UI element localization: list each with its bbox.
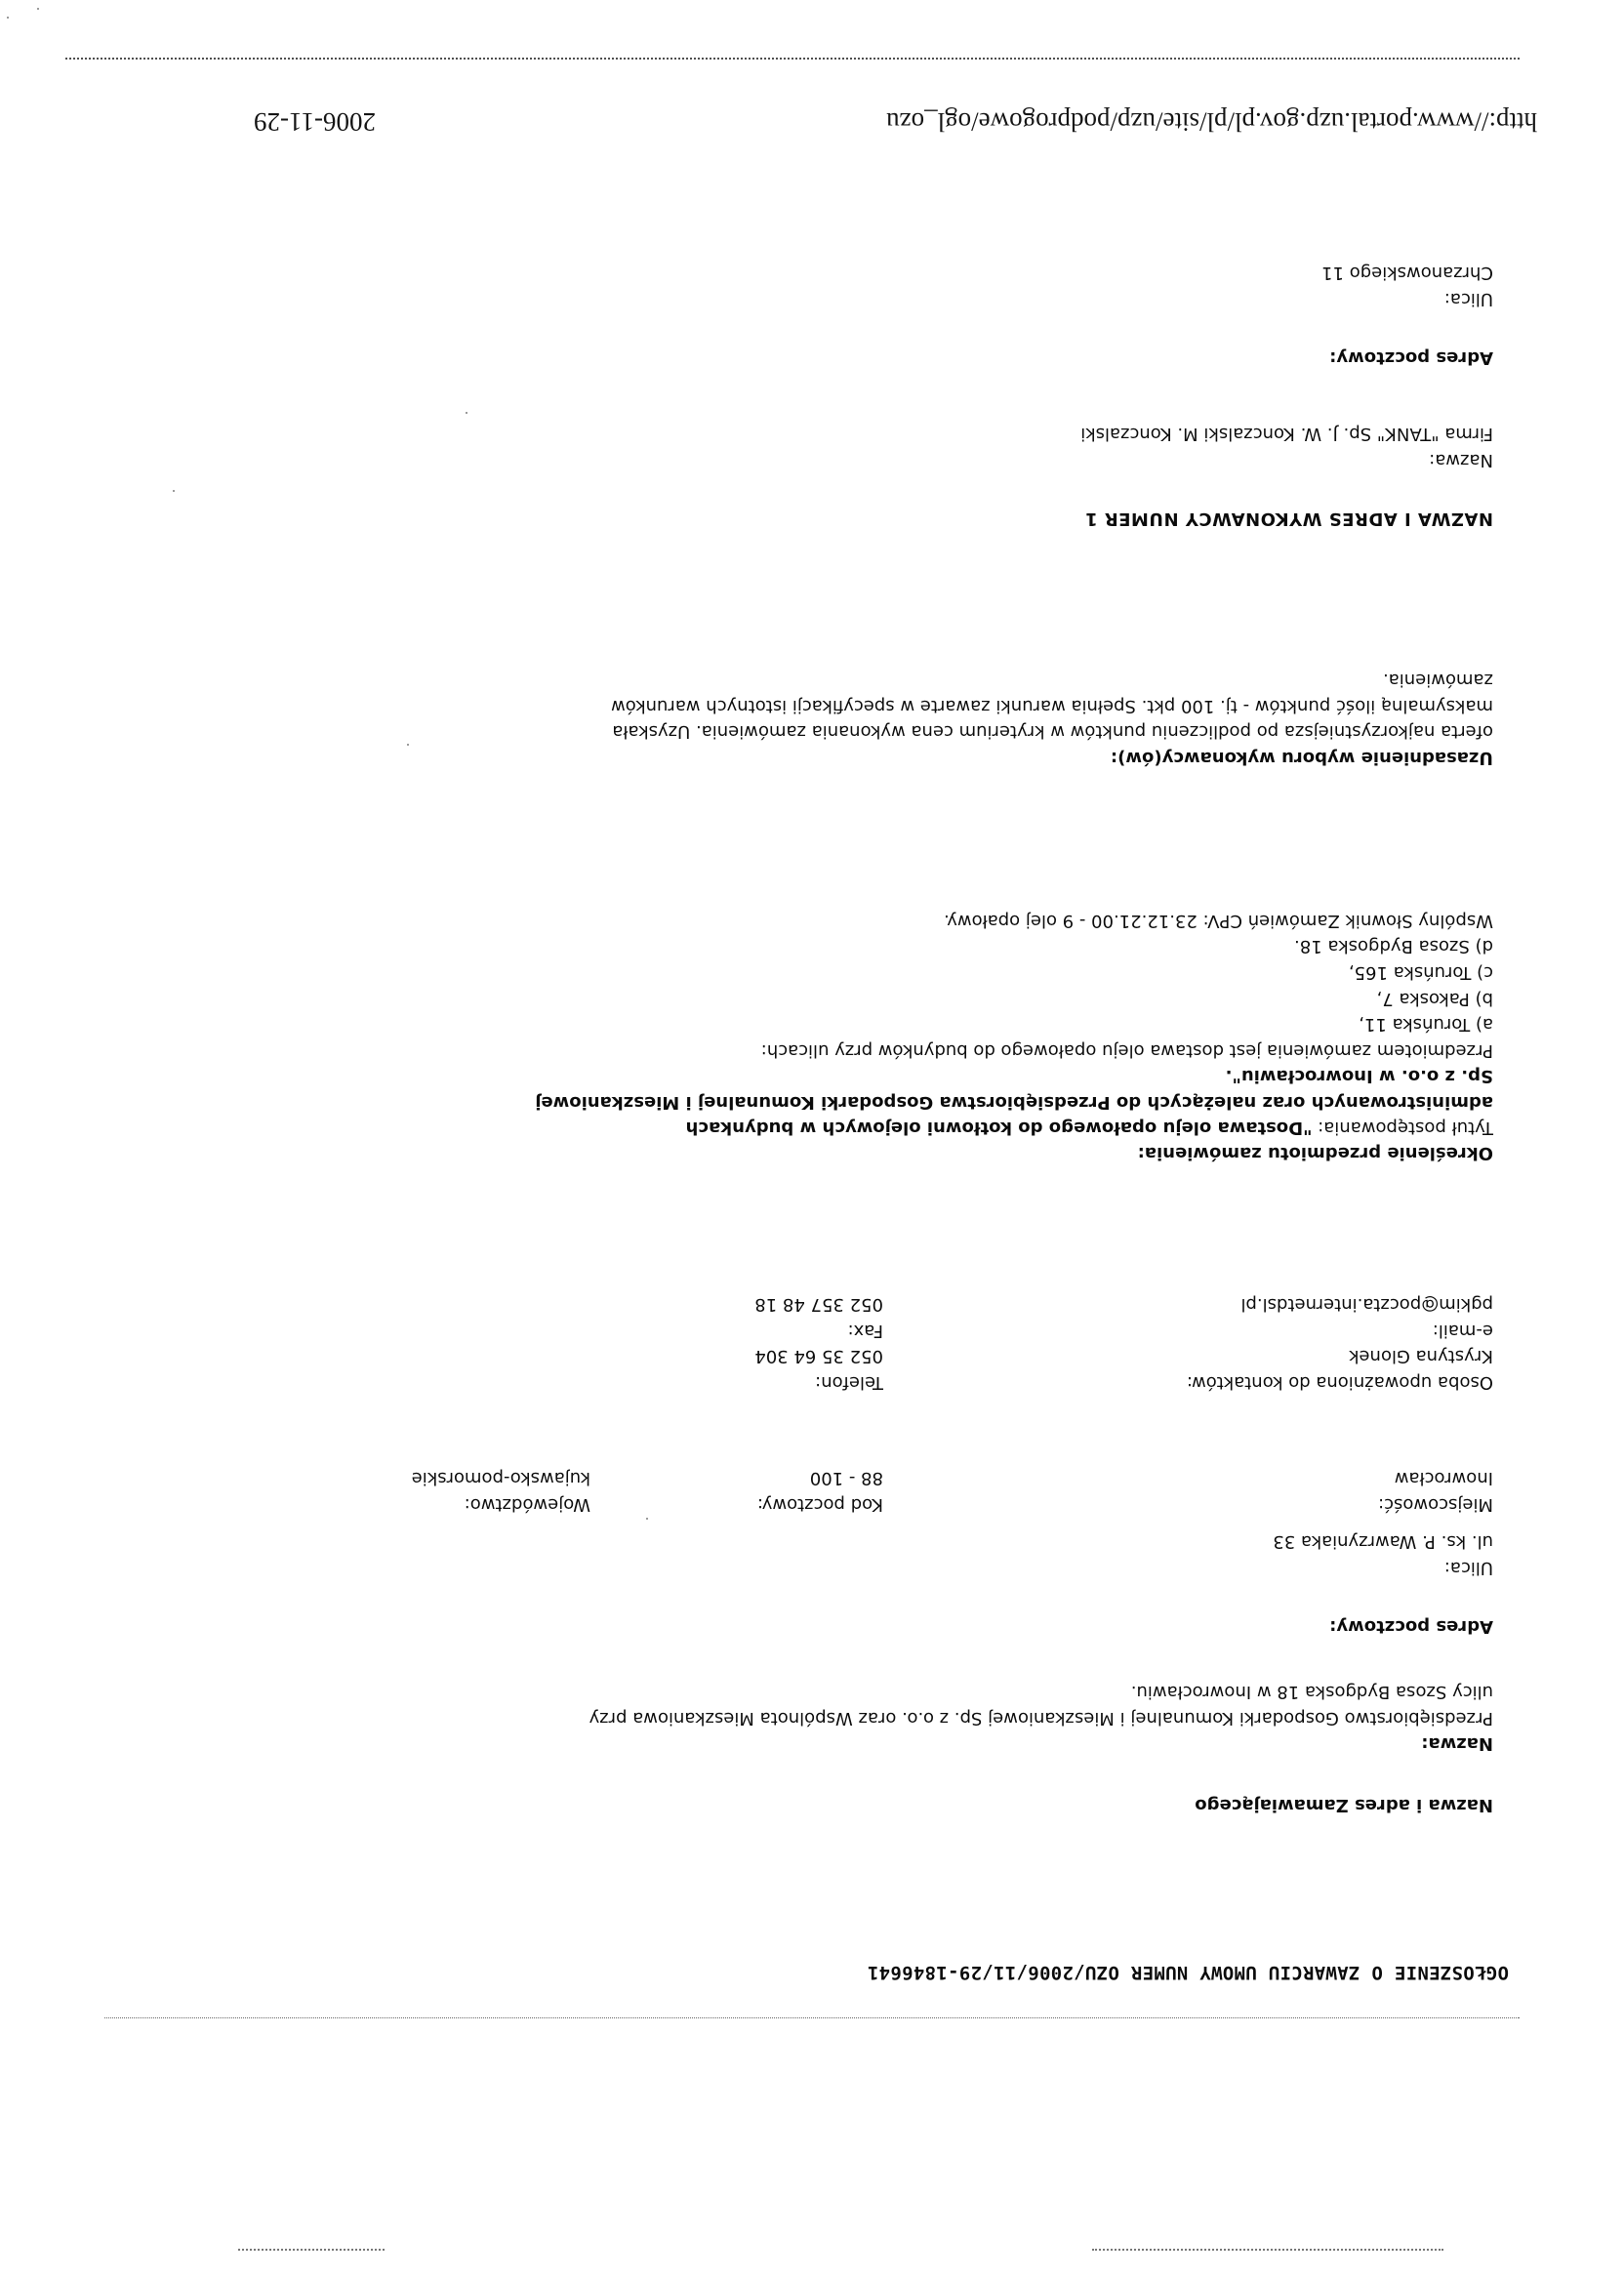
cut-off-header-right — [238, 2246, 385, 2251]
scan-speck — [466, 412, 467, 414]
label-fax: Fax: — [848, 1317, 883, 1343]
label-postal-code: Kod pocztowy: — [757, 1490, 883, 1517]
city-value: Inowrocław — [1395, 1464, 1493, 1490]
street-item-c: c) Toruńska 165, — [1349, 958, 1493, 985]
procedure-title-line-1: Tytuł postępowania: "Dostawa oleju opało… — [686, 1114, 1493, 1140]
contractor-label-name: Nazwa: — [1429, 446, 1493, 472]
street-value: ul. ks. P. Wawrzyniaka 33 — [1273, 1527, 1493, 1554]
scan-speck — [646, 1518, 648, 1520]
contractor-name-value: Firma "TANK" Sp. J. W. Konczalski M. Kon… — [1080, 420, 1493, 446]
label-street: Ulica: — [1444, 1554, 1493, 1580]
label-name: Nazwa: — [1421, 1729, 1493, 1756]
fax-value: 052 357 48 18 — [754, 1290, 883, 1317]
justification-line-1: oferta najkorzystniejsza po podliczeniu … — [612, 717, 1493, 744]
section-heading-justification: Uzasadnienie wyboru wykonawcy(ów): — [1111, 744, 1493, 770]
street-item-b: b) Pakoska 7, — [1377, 985, 1493, 1011]
street-item-a: a) Toruńska 11, — [1359, 1010, 1493, 1037]
procedure-title-line-3: Sp. z o.o. w Inowrocławiu". — [1226, 1062, 1493, 1088]
postal-code-value: 88 - 100 — [810, 1464, 883, 1490]
document-title: OGŁOSZENIE O ZAWARCIU UMOWY NUMER OZU/20… — [868, 1959, 1509, 1985]
label-contact-person: Osoba upoważniona do kontaktów: — [1187, 1368, 1493, 1395]
divider-bottom — [65, 58, 1520, 60]
cpv-code: Wspólny Słownik Zamówień CPV: 23.12.21.0… — [944, 907, 1493, 933]
contact-person-value: Krystyna Glonek — [1349, 1342, 1493, 1368]
label-voivodeship: Województwo: — [465, 1490, 590, 1517]
divider-top — [104, 2017, 1520, 2018]
scan-speck — [7, 17, 9, 19]
voivodeship-value: kujawsko-pomorskie — [412, 1464, 590, 1490]
procedure-title-line-2: administrowanych oraz należących do Prze… — [535, 1088, 1493, 1115]
phone-value: 052 35 64 304 — [754, 1342, 883, 1368]
procedure-title-text: "Dostawa oleju opałowego do kotłowni ole… — [686, 1118, 1313, 1138]
label-email: e-mail: — [1433, 1317, 1493, 1343]
scanned-page: OGŁOSZENIE O ZAWARCIU UMOWY NUMER OZU/20… — [0, 0, 1624, 2278]
authority-name-line-1: Przedsiębiorstwo Gospodarki Komunalnej i… — [589, 1704, 1493, 1730]
footer-url: http://www.portal.uzp.gov.pl/pl/site/uzp… — [886, 108, 1537, 135]
section-heading-contractor: NAZWA I ADRES WYKONAWCY NUMER 1 — [1085, 505, 1493, 531]
footer-date: 2006-11-29 — [254, 108, 376, 135]
section-heading-subject: Określenie przedmiotu zamówienia: — [1138, 1139, 1493, 1165]
authority-name-line-2: ulicy Szosa Bydgoska 18 w Inowrocławiu. — [1131, 1678, 1493, 1704]
scan-speck — [173, 490, 175, 492]
email-value: pgkim@poczta.internetdsl.pl — [1240, 1290, 1493, 1317]
contractor-label-street: Ulica: — [1444, 285, 1493, 311]
cut-off-header-left — [1092, 2246, 1443, 2251]
label-postal-address: Adres pocztowy: — [1329, 1612, 1493, 1639]
section-heading-contracting-authority: Nazwa i adres Zamawiającego — [1195, 1791, 1493, 1817]
contractor-label-postal-address: Adres pocztowy: — [1329, 344, 1493, 370]
label-city: Miejscowość: — [1378, 1490, 1493, 1517]
subject-description: Przedmiotem zamówienia jest dostawa olej… — [761, 1037, 1493, 1063]
label-phone: Telefon: — [815, 1368, 883, 1395]
scan-speck — [37, 8, 39, 10]
justification-line-2: maksymalną ilość punktów - tj. 100 pkt. … — [611, 692, 1493, 718]
scan-speck — [407, 744, 409, 746]
contractor-street-value: Chrzanowskiego 11 — [1321, 259, 1493, 285]
procedure-title-prefix: Tytuł postępowania: — [1312, 1118, 1493, 1138]
justification-line-3: zamówienia. — [1383, 666, 1493, 692]
street-item-d: d) Szosa Bydgoska 18. — [1294, 932, 1493, 958]
